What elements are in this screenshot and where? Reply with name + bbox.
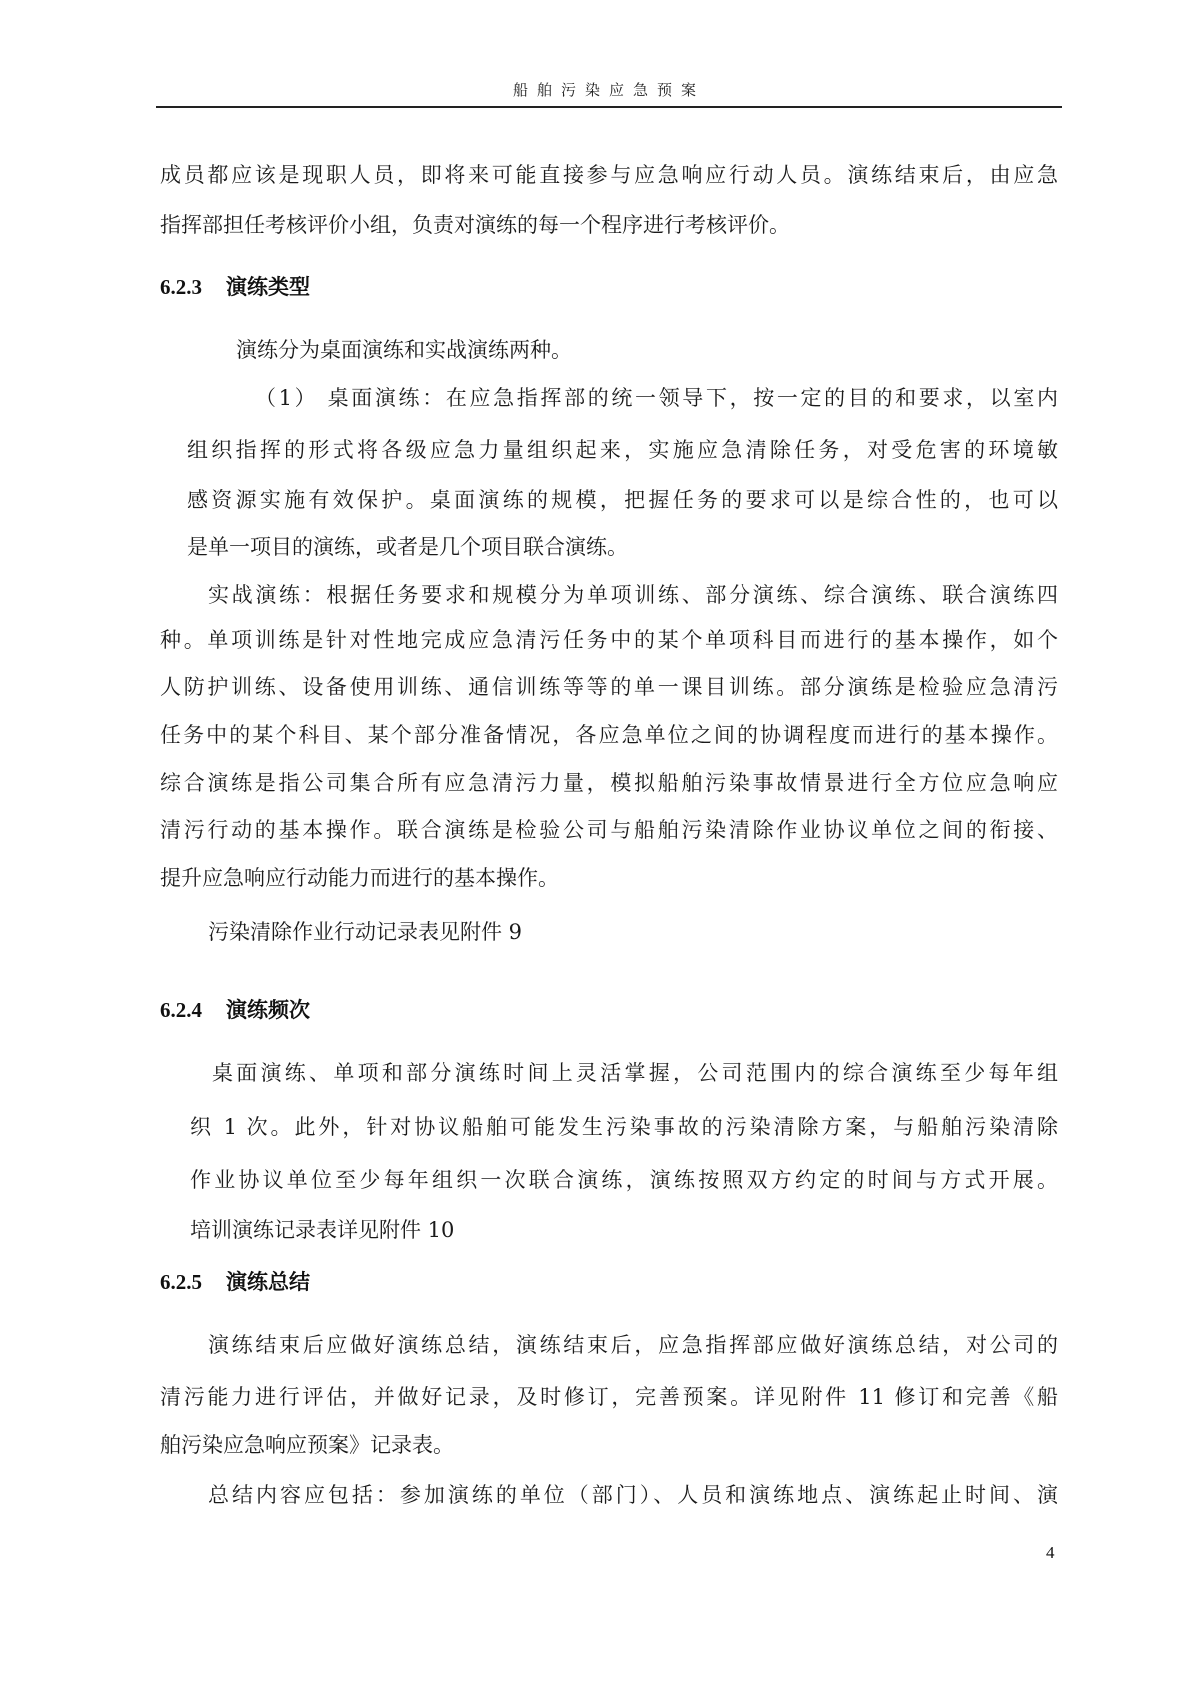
body-line: 综合演练是指公司集合所有应急清污力量，模拟船舶污染事故情景进行全方位应急响应: [160, 768, 1058, 798]
document-page: 船舶污染应急预案 成员都应该是现职人员，即将来可能直接参与应急响应行动人员。演练…: [0, 0, 1191, 1684]
section-heading-6-2-5: 6.2.5演练总结: [160, 1267, 310, 1297]
body-line: 人防护训练、设备使用训练、通信训练等等的单一课目训练。部分演练是检验应急清污: [160, 672, 1058, 702]
body-line: 是单一项目的演练，或者是几个项目联合演练。: [187, 532, 628, 562]
body-line: 任务中的某个科目、某个部分准备情况，各应急单位之间的协调程度而进行的基本操作。: [160, 720, 1058, 750]
section-title: 演练总结: [226, 1269, 310, 1294]
running-header-title: 船舶污染应急预案: [156, 80, 1062, 100]
body-line: 织 1 次。此外，针对协议船舶可能发生污染事故的污染清除方案，与船舶污染清除: [190, 1112, 1058, 1142]
body-line: 感资源实施有效保护。桌面演练的规模，把握任务的要求可以是综合性的，也可以: [187, 485, 1058, 515]
body-line: 成员都应该是现职人员，即将来可能直接参与应急响应行动人员。演练结束后，由应急: [160, 160, 1058, 190]
body-line: 组织指挥的形式将各级应急力量组织起来，实施应急清除任务，对受危害的环境敏: [187, 435, 1058, 465]
section-heading-6-2-3: 6.2.3演练类型: [160, 272, 310, 302]
section-title: 演练频次: [226, 997, 310, 1022]
section-title: 演练类型: [226, 274, 310, 299]
section-heading-6-2-4: 6.2.4演练频次: [160, 995, 310, 1025]
body-line: 提升应急响应行动能力而进行的基本操作。: [160, 863, 559, 893]
body-line: 作业协议单位至少每年组织一次联合演练，演练按照双方约定的时间与方式开展。: [190, 1165, 1058, 1195]
body-line: 舶污染应急响应预案》记录表。: [160, 1430, 454, 1460]
section-number: 6.2.5: [160, 1267, 226, 1297]
attachment-reference: 污染清除作业行动记录表见附件 9: [208, 917, 522, 947]
body-line: 桌面演练、单项和部分演练时间上灵活掌握，公司范围内的综合演练至少每年组: [212, 1058, 1058, 1088]
attachment-reference: 培训演练记录表详见附件 10: [190, 1215, 454, 1245]
body-line: 总结内容应包括：参加演练的单位（部门）、人员和演练地点、演练起止时间、演: [208, 1480, 1058, 1510]
section-number: 6.2.4: [160, 995, 226, 1025]
header-divider: [156, 106, 1062, 108]
body-line: 种。单项训练是针对性地完成应急清污任务中的某个单项科目而进行的基本操作，如个: [160, 625, 1058, 655]
body-line: 演练结束后应做好演练总结，演练结束后，应急指挥部应做好演练总结，对公司的: [208, 1330, 1058, 1360]
body-line: 指挥部担任考核评价小组，负责对演练的每一个程序进行考核评价。: [160, 210, 790, 240]
page-number: 4: [1046, 1543, 1055, 1563]
body-line: 清污能力进行评估，并做好记录，及时修订，完善预案。详见附件 11 修订和完善《船: [160, 1382, 1058, 1412]
section-number: 6.2.3: [160, 272, 226, 302]
body-line: 实战演练：根据任务要求和规模分为单项训练、部分演练、综合演练、联合演练四: [208, 580, 1058, 610]
body-line: 清污行动的基本操作。联合演练是检验公司与船舶污染清除作业协议单位之间的衔接、: [160, 815, 1058, 845]
body-line: 演练分为桌面演练和实战演练两种。: [236, 335, 572, 365]
list-item-desktop-drill: （1） 桌面演练：在应急指挥部的统一领导下，按一定的目的和要求，以室内: [255, 383, 1058, 413]
